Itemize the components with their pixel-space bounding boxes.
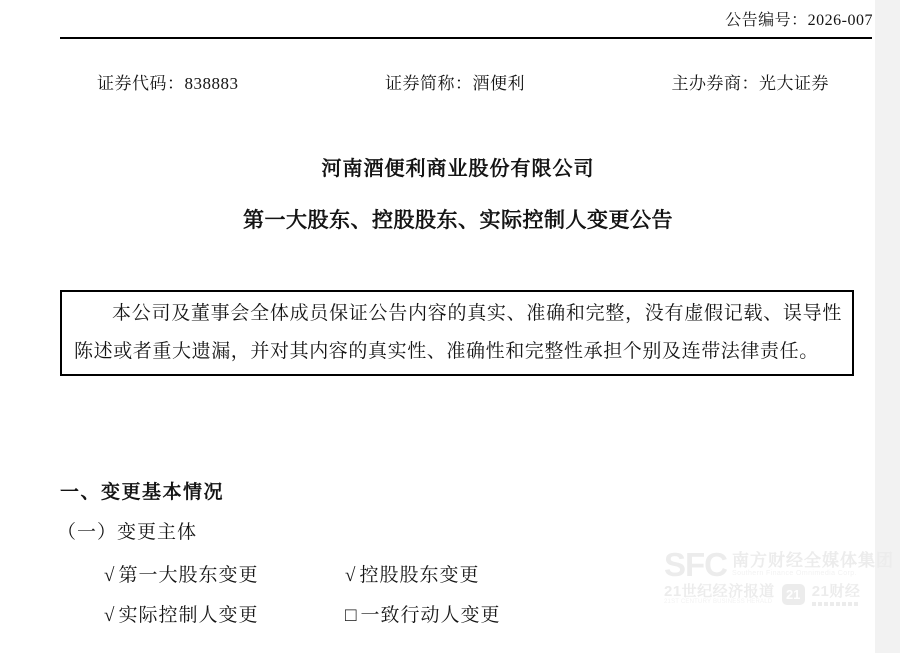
unchecked-box-icon: □	[345, 605, 357, 626]
checkbox-label: 一致行动人变更	[360, 605, 500, 626]
company-name-title: 河南酒便利商业股份有限公司	[60, 152, 856, 181]
checked-mark-icon: √	[104, 605, 115, 626]
sponsor-broker: 主办券商：光大证券	[672, 69, 830, 94]
checkbox-label: 实际控制人变更	[118, 605, 258, 626]
checked-mark-icon: √	[104, 565, 115, 586]
checkbox-label: 控股股东变更	[359, 565, 479, 586]
watermark-paper: 21世纪经济报道 21ST CENTURY BUSINESS HERALD	[664, 584, 775, 605]
page-edge-strip	[875, 0, 900, 653]
header-divider-line	[60, 37, 872, 39]
checkbox-item-actual-controller-change: √实际控制人变更	[104, 600, 258, 627]
news-agency-watermark: SFC 南方财经全媒体集团 Southern Finance Omnimedia…	[664, 550, 888, 606]
subsection-heading-change-subject: （一）变更主体	[57, 517, 197, 544]
watermark-brand-name-cn: 21财经	[812, 584, 861, 599]
sfc-logo: SFC	[664, 550, 727, 580]
watermark-row-1: SFC 南方财经全媒体集团 Southern Finance Omnimedia…	[664, 550, 888, 580]
disclaimer-text: 本公司及董事会全体成员保证公告内容的真实、准确和完整，没有虚假记载、误导性陈述或…	[74, 295, 842, 371]
checkbox-item-first-major-shareholder-change: √第一大股东变更	[104, 560, 258, 587]
checkbox-item-controlling-shareholder-change: √控股股东变更	[345, 560, 479, 587]
announcement-page: 公告编号：2026-007 证券代码：838883 证券简称：酒便利 主办券商：…	[0, 0, 900, 653]
checkbox-item-concerted-action-person-change: □一致行动人变更	[345, 600, 501, 627]
watermark-org-name-cn: 南方财经全媒体集团	[732, 552, 894, 570]
securities-info-row: 证券代码：838883 证券简称：酒便利 主办券商：光大证券	[60, 69, 856, 94]
watermark-paper-name-cn: 21世纪经济报道	[664, 584, 775, 599]
securities-short-name: 证券简称：酒便利	[385, 69, 525, 94]
disclaimer-box: 本公司及董事会全体成员保证公告内容的真实、准确和完整，没有虚假记载、误导性陈述或…	[60, 290, 854, 376]
checked-mark-icon: √	[345, 565, 356, 586]
watermark-paper-name-en: 21ST CENTURY BUSINESS HERALD	[664, 599, 775, 605]
watermark-row-2: 21世纪经济报道 21ST CENTURY BUSINESS HERALD 21…	[664, 584, 888, 606]
section-heading-basic-change-info: 一、变更基本情况	[60, 477, 224, 504]
watermark-org-name-en: Southern Finance Omnimedia Corp.	[732, 570, 894, 577]
watermark-squares-decoration	[812, 602, 861, 606]
watermark-brand: 21财经	[812, 584, 861, 606]
securities-code: 证券代码：838883	[97, 69, 239, 94]
21-badge-icon: 21	[782, 584, 805, 605]
checkbox-label: 第一大股东变更	[118, 565, 258, 586]
announcement-title: 第一大股东、控股股东、实际控制人变更公告	[60, 204, 856, 234]
announcement-number: 公告编号：2026-007	[725, 7, 873, 30]
watermark-org: 南方财经全媒体集团 Southern Finance Omnimedia Cor…	[732, 550, 894, 577]
